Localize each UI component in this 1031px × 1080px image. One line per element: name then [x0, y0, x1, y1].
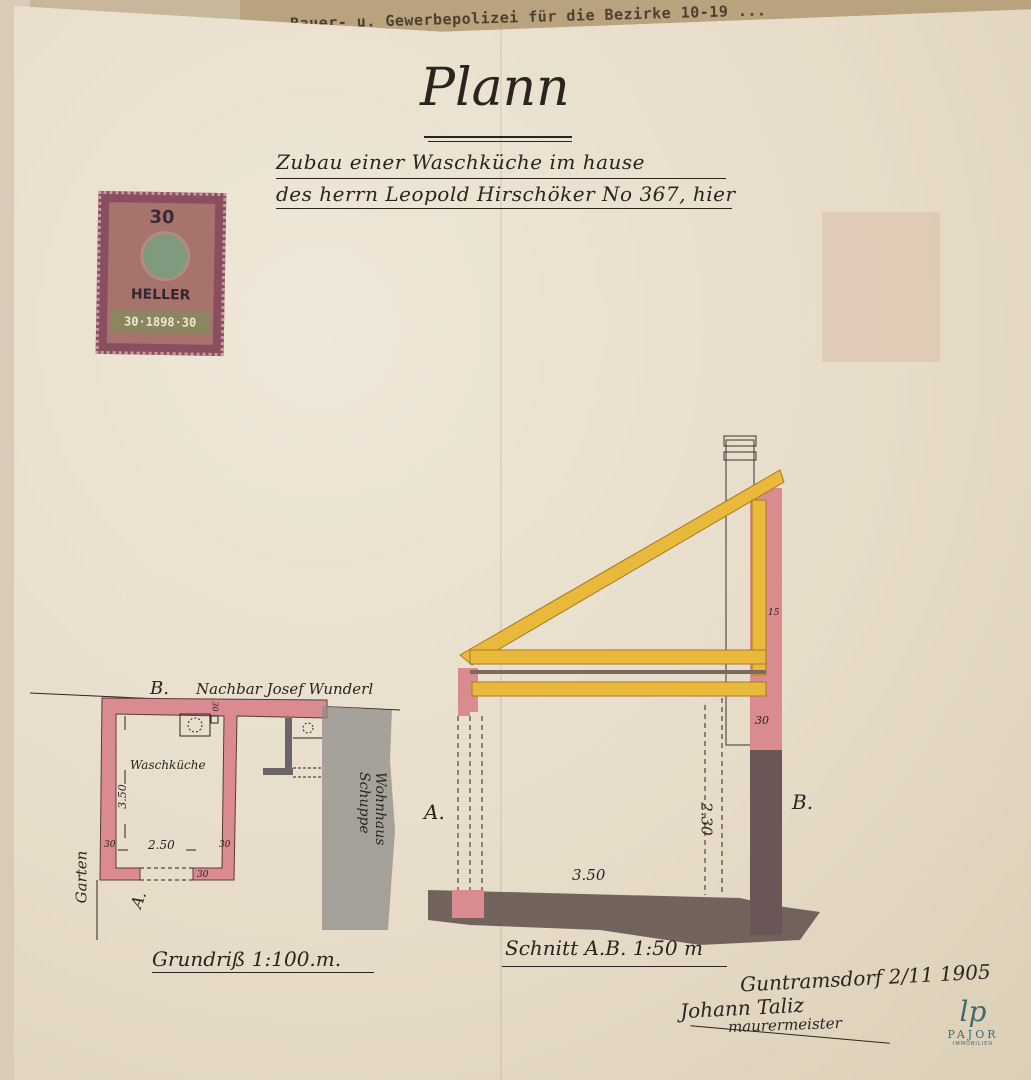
garden-label: Garten — [72, 851, 90, 904]
cross-section — [428, 436, 820, 945]
watermark-sub: IMMOBILIEN — [928, 1041, 1018, 1047]
pajor-watermark: lp PAJOR IMMOBILIEN — [928, 996, 1018, 1066]
section-caption-underline — [502, 966, 727, 967]
neighbor-label: Nachbar Josef Wunderl — [196, 680, 373, 698]
wall-thickness-label: 30 — [197, 870, 208, 880]
plan-width-dimension: 2.50 — [148, 838, 175, 852]
plan-depth-dimension: 3.50 — [116, 784, 129, 809]
wall-thickness-label: 30 — [104, 840, 115, 850]
wall-label-upper: 15 — [768, 608, 779, 618]
pajor-logo-icon: lp — [928, 996, 1018, 1028]
room-label: Waschküche — [130, 758, 206, 772]
adjacent-building-label: Wohnhaus Schuppe — [356, 772, 388, 892]
wall-thickness-label: 30 — [211, 701, 220, 711]
wall-thickness-label: 30 — [219, 840, 230, 850]
section-marker-b: B. — [792, 790, 813, 814]
section-marker-a: A. — [424, 800, 445, 824]
watermark-name: PAJOR — [928, 1028, 1018, 1041]
floor-plan-caption-underline — [152, 972, 374, 973]
section-caption: Schnitt A.B. 1:50 m — [505, 936, 703, 960]
technical-drawings — [0, 0, 1031, 1080]
section-span-dimension: 3.50 — [572, 866, 605, 884]
floor-plan-caption: Grundriß 1:100.m. — [152, 947, 341, 971]
wall-label-lower: 30 — [755, 714, 769, 727]
section-marker-b-plan: B. — [150, 678, 169, 699]
section-height-dimension: 2.30 — [698, 802, 716, 835]
